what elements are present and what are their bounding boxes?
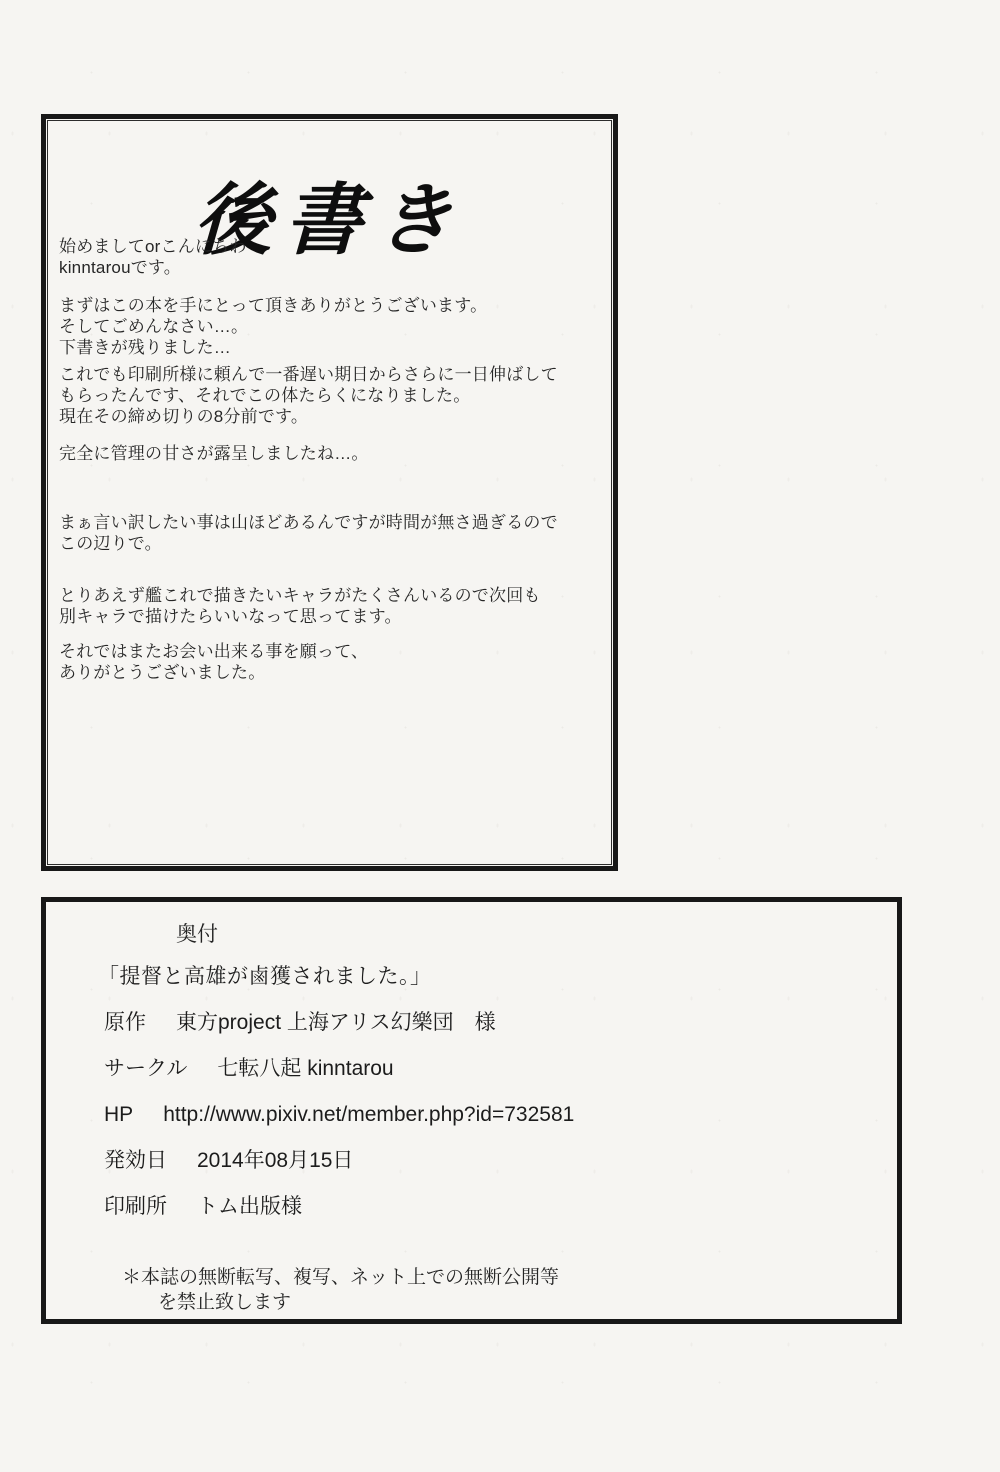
colophon-row-value: 東方project 上海アリス幻樂団 様 bbox=[176, 1010, 496, 1036]
afterword-text-line: kinntarouです。 bbox=[59, 257, 604, 278]
afterword-body: 始めましてorこんにちわ kinntarouです。 まずはこの本を手にとって頂き… bbox=[59, 236, 604, 683]
afterword-paragraph: まぁ言い訳したい事は山ほどあるんですが時間が無さ過ぎるので この辺りで。 bbox=[59, 512, 604, 554]
afterword-text-line: とりあえず艦これで描きたいキャラがたくさんいるので次回も bbox=[59, 585, 604, 606]
colophon-row-value: トム出版様 bbox=[197, 1194, 302, 1220]
afterword-text-line: この辺りで。 bbox=[59, 533, 604, 554]
afterword-paragraph: これでも印刷所様に頼んで一番遅い期日からさらに一日伸ばして もらったんです、それ… bbox=[59, 364, 604, 427]
colophon-row-label: HP bbox=[104, 1102, 133, 1128]
afterword-text-line: 完全に管理の甘さが露呈しましたね…。 bbox=[59, 443, 604, 464]
colophon-row-label: 原作 bbox=[104, 1010, 146, 1036]
afterword-text-line: それではまたお会い出来る事を願って、 bbox=[59, 641, 604, 662]
afterword-text-line: 別キャラで描けたらいいなって思ってます。 bbox=[59, 606, 604, 627]
scanned-page: 後書き 始めましてorこんにちわ kinntarouです。 まずはこの本を手にと… bbox=[0, 0, 1000, 1472]
afterword-text-line: まぁ言い訳したい事は山ほどあるんですが時間が無さ過ぎるので bbox=[59, 512, 604, 533]
afterword-box: 後書き 始めましてorこんにちわ kinntarouです。 まずはこの本を手にと… bbox=[41, 114, 618, 871]
book-title: 「提督と高雄が鹵獲されました。」 bbox=[98, 960, 432, 990]
copyright-notice-line: ＊本誌の無断転写、複写、ネット上での無断公開等 bbox=[122, 1265, 559, 1290]
homepage-url: http://www.pixiv.net/member.php?id=73258… bbox=[163, 1102, 574, 1128]
colophon-row-original-work: 原作 東方project 上海アリス幻樂団 様 bbox=[104, 1010, 574, 1036]
colophon-heading: 奥付 bbox=[176, 918, 218, 948]
afterword-text-line: 現在その締め切りの8分前です。 bbox=[59, 406, 604, 427]
copyright-notice-line: を禁止致します bbox=[122, 1290, 559, 1315]
copyright-notice: ＊本誌の無断転写、複写、ネット上での無断公開等 を禁止致します bbox=[122, 1265, 559, 1315]
afterword-text-line: もらったんです、それでこの体たらくになりました。 bbox=[59, 385, 604, 406]
colophon-row-printer: 印刷所 トム出版様 bbox=[104, 1194, 574, 1220]
colophon-row-value: 七転八起 kinntarou bbox=[217, 1056, 393, 1082]
colophon-row-value: 2014年08月15日 bbox=[197, 1148, 353, 1174]
afterword-text-line: まずはこの本を手にとって頂きありがとうございます。 bbox=[59, 295, 604, 316]
colophon-row-label: 印刷所 bbox=[104, 1194, 167, 1220]
afterword-text-line: 始めましてorこんにちわ bbox=[59, 236, 604, 257]
afterword-text-line: これでも印刷所様に頼んで一番遅い期日からさらに一日伸ばして bbox=[59, 364, 604, 385]
colophon-rows: 原作 東方project 上海アリス幻樂団 様 サークル 七転八起 kinnta… bbox=[104, 1010, 574, 1240]
colophon-row-label: サークル bbox=[104, 1056, 187, 1082]
colophon-box: 奥付 「提督と高雄が鹵獲されました。」 原作 東方project 上海アリス幻樂… bbox=[41, 897, 902, 1324]
colophon-row-label: 発効日 bbox=[104, 1148, 167, 1174]
afterword-text-line: ありがとうございました。 bbox=[59, 662, 604, 683]
afterword-paragraph: まずはこの本を手にとって頂きありがとうございます。 そしてごめんなさい…。 下書… bbox=[59, 295, 604, 358]
afterword-paragraph: それではまたお会い出来る事を願って、 ありがとうございました。 bbox=[59, 641, 604, 683]
colophon-row-circle: サークル 七転八起 kinntarou bbox=[104, 1056, 574, 1082]
afterword-paragraph: 完全に管理の甘さが露呈しましたね…。 bbox=[59, 443, 604, 464]
afterword-paragraph: 始めましてorこんにちわ kinntarouです。 bbox=[59, 236, 604, 278]
afterword-text-line: そしてごめんなさい…。 bbox=[59, 316, 604, 337]
colophon-row-homepage: HP http://www.pixiv.net/member.php?id=73… bbox=[104, 1102, 574, 1128]
afterword-paragraph: とりあえず艦これで描きたいキャラがたくさんいるので次回も 別キャラで描けたらいい… bbox=[59, 585, 604, 627]
colophon-row-issue-date: 発効日 2014年08月15日 bbox=[104, 1148, 574, 1174]
afterword-text-line: 下書きが残りました… bbox=[59, 337, 604, 358]
